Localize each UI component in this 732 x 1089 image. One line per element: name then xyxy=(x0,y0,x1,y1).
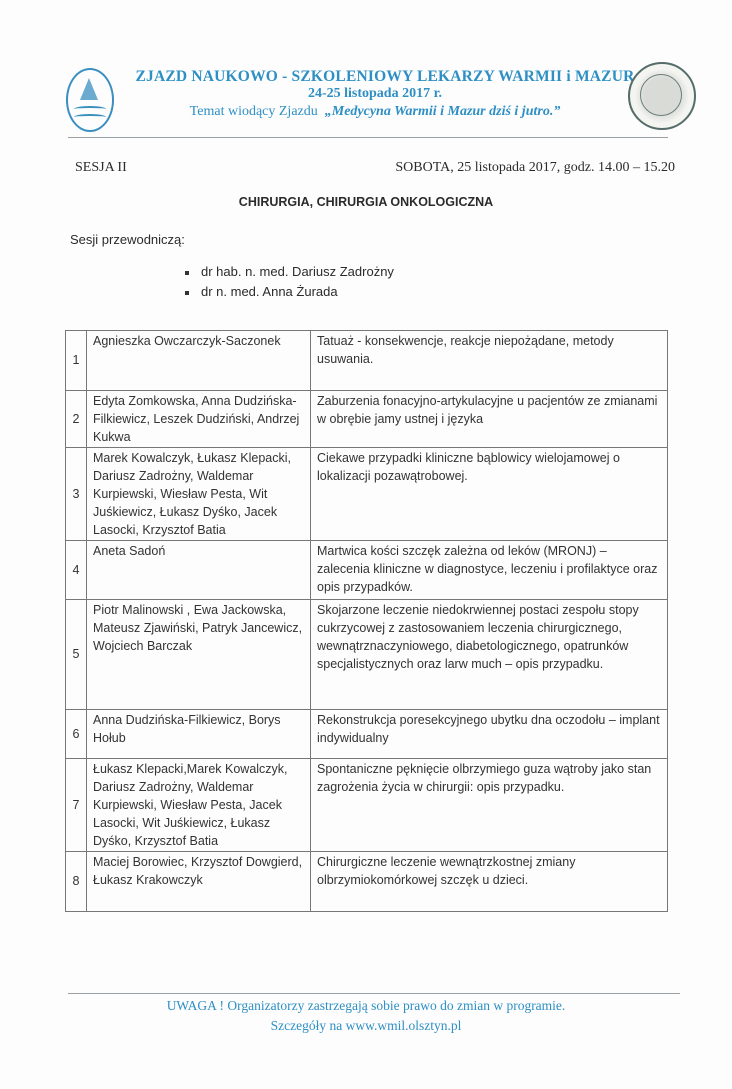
medical-chamber-seal-logo-icon xyxy=(628,62,696,130)
talk-number: 7 xyxy=(66,758,87,851)
talk-title: Zaburzenia fonacyjno-artykulacyjne u pac… xyxy=(311,391,668,448)
talk-authors: Edyta Zomkowska, Anna Dudzińska-Filkiewi… xyxy=(87,391,311,448)
footer-divider xyxy=(68,993,680,994)
talk-authors: Aneta Sadoń xyxy=(87,540,311,599)
talk-number: 4 xyxy=(66,540,87,599)
talk-number: 6 xyxy=(66,709,87,758)
talk-row: 4Aneta SadońMartwica kości szczęk zależn… xyxy=(66,540,668,599)
talk-authors: Anna Dudzińska-Filkiewicz, Borys Hołub xyxy=(87,709,311,758)
footer: UWAGA ! Organizatorzy zastrzegają sobie … xyxy=(0,996,732,1036)
talk-authors: Maciej Borowiec, Krzysztof Dowgierd, Łuk… xyxy=(87,851,311,911)
bullet-icon xyxy=(185,291,189,295)
talk-row: 1Agnieszka Owczarczyk-SaczonekTatuaż - k… xyxy=(66,331,668,391)
session-label: SESJA II xyxy=(75,160,127,176)
talk-title: Skojarzone leczenie niedokrwiennej posta… xyxy=(311,599,668,709)
talk-authors: Agnieszka Owczarczyk-Saczonek xyxy=(87,331,311,391)
talk-title: Rekonstrukcja poresekcyjnego ubytku dna … xyxy=(311,709,668,758)
talk-title: Tatuaż - konsekwencje, reakcje niepożąda… xyxy=(311,331,668,391)
talk-number: 2 xyxy=(66,391,87,448)
talk-authors: Łukasz Klepacki,Marek Kowalczyk, Dariusz… xyxy=(87,758,311,851)
chairs-label: Sesji przewodniczą: xyxy=(70,232,185,247)
talk-title: Spontaniczne pęknięcie olbrzymiego guza … xyxy=(311,758,668,851)
talk-row: 5Piotr Malinowski , Ewa Jackowska, Mateu… xyxy=(66,599,668,709)
footer-details: Szczegóły na www.wmil.olsztyn.pl xyxy=(0,1016,732,1036)
footer-notice: UWAGA ! Organizatorzy zastrzegają sobie … xyxy=(0,996,732,1016)
talk-number: 3 xyxy=(66,447,87,540)
congress-title: ZJAZD NAUKOWO - SZKOLENIOWY LEKARZY WARM… xyxy=(80,68,690,86)
talk-row: 7Łukasz Klepacki,Marek Kowalczyk, Darius… xyxy=(66,758,668,851)
chair-item: dr hab. n. med. Dariusz Zadrożny xyxy=(185,262,394,282)
talk-title: Ciekawe przypadki kliniczne bąblowicy wi… xyxy=(311,447,668,540)
talk-row: 3Marek Kowalczyk, Łukasz Klepacki, Dariu… xyxy=(66,447,668,540)
session-heading: CHIRURGIA, CHIRURGIA ONKOLOGICZNA xyxy=(0,195,732,209)
talk-authors: Marek Kowalczyk, Łukasz Klepacki, Darius… xyxy=(87,447,311,540)
chair-item: dr n. med. Anna Żurada xyxy=(185,282,394,302)
talks-table: 1Agnieszka Owczarczyk-SaczonekTatuaż - k… xyxy=(65,330,668,912)
bullet-icon xyxy=(185,271,189,275)
talk-authors: Piotr Malinowski , Ewa Jackowska, Mateus… xyxy=(87,599,311,709)
chairs-list: dr hab. n. med. Dariusz Zadrożny dr n. m… xyxy=(185,262,394,302)
document-header: ZJAZD NAUKOWO - SZKOLENIOWY LEKARZY WARM… xyxy=(60,60,690,140)
talk-title: Martwica kości szczęk zależna od leków (… xyxy=(311,540,668,599)
talk-row: 6Anna Dudzińska-Filkiewicz, Borys HołubR… xyxy=(66,709,668,758)
talk-number: 8 xyxy=(66,851,87,911)
header-divider xyxy=(68,137,668,138)
talk-row: 2Edyta Zomkowska, Anna Dudzińska-Filkiew… xyxy=(66,391,668,448)
talk-title: Chirurgiczne leczenie wewnątrzkostnej zm… xyxy=(311,851,668,911)
website-link[interactable]: www.wmil.olsztyn.pl xyxy=(346,1018,462,1033)
talk-row: 8Maciej Borowiec, Krzysztof Dowgierd, Łu… xyxy=(66,851,668,911)
talk-number: 5 xyxy=(66,599,87,709)
talk-number: 1 xyxy=(66,331,87,391)
session-datetime: SOBOTA, 25 listopada 2017, godz. 14.00 –… xyxy=(395,160,675,176)
congress-theme: Temat wiodący Zjazdu „Medycyna Warmii i … xyxy=(60,104,690,120)
congress-dates: 24-25 listopada 2017 r. xyxy=(60,86,690,102)
